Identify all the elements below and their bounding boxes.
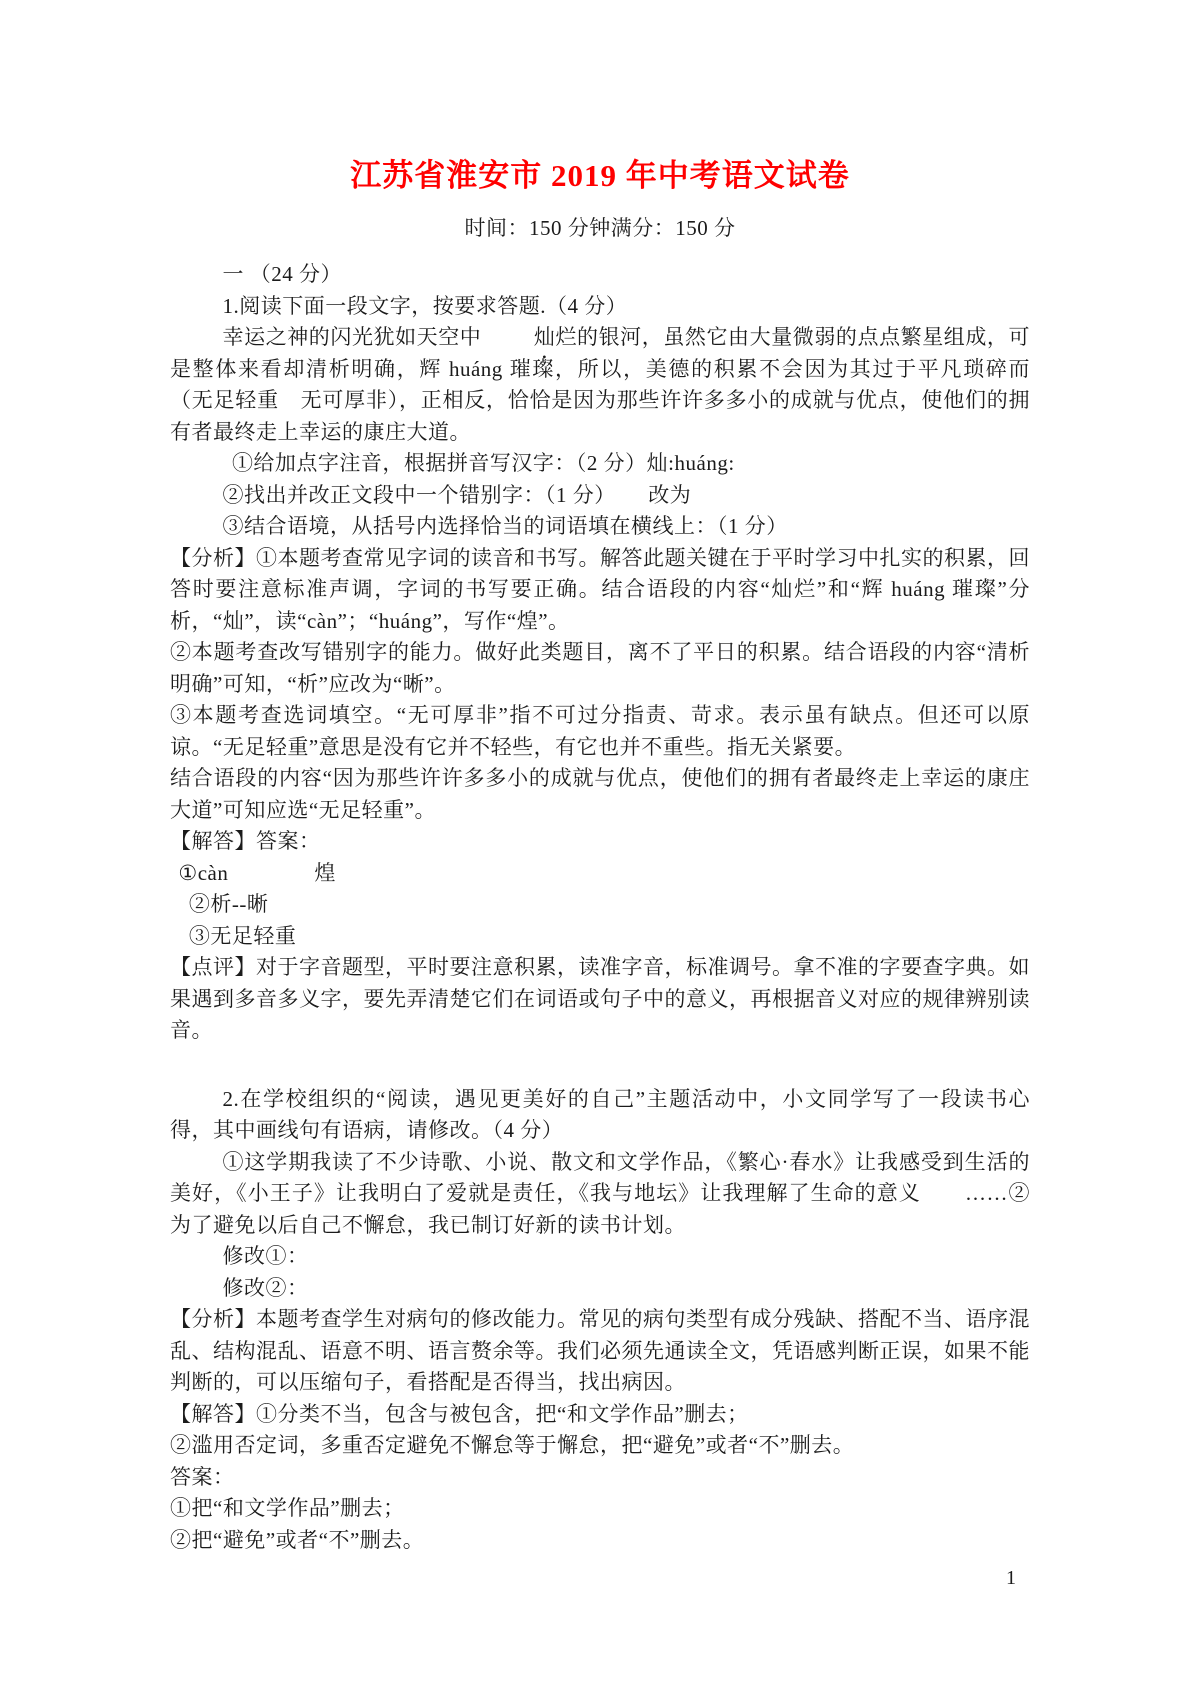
question2-answer-label: 答案： [170,1462,1030,1494]
question2-edit-line-2: 修改②： [170,1273,1030,1305]
question1-passage: 幸运之神的闪光犹如天空中灿烂的银河，虽然它由大量微弱的点点繁星组成，可是整体来看… [170,322,1030,448]
question1-answer-label: 【解答】答案： [170,826,1030,858]
question2-solution-1: 【解答】①分类不当，包含与被包含，把“和文学作品”删去； [170,1399,1030,1431]
question2-answer-2: ②把“避免”或者“不”删去。 [170,1525,1030,1557]
exam-paper-page: 江苏省淮安市 2019 年中考语文试卷 时间：150 分钟满分：150 分 一 … [0,0,1200,1698]
question2-edit-line-1: 修改①： [170,1241,1030,1273]
question1-analysis-3: ③本题考查选词填空。“无可厚非”指不可过分指责、苛求。表示虽有缺点。但还可以原谅… [170,700,1030,763]
question1-answer-3: ③无足轻重 [170,921,1030,953]
question1-analysis-2: ②本题考查改写错别字的能力。做好此类题目，离不了平日的积累。结合语段的内容“清析… [170,637,1030,700]
question1-answer-2: ②析--晰 [170,889,1030,921]
question2-passage: ①这学期我读了不少诗歌、小说、散文和文学作品，《繁心·春水》让我感受到生活的美好… [170,1147,1030,1242]
passage-text-before-emphasis: 幸运之神的闪光犹如天空中 [223,325,482,349]
question1-prompt: 1.阅读下面一段文字，按要求答题.（4 分） [170,291,1030,323]
question1-comment: 【点评】对于字音题型，平时要注意积累，读准字音，标准调号。拿不准的字要查字典。如… [170,952,1030,1047]
page-number: 1 [1006,1567,1016,1590]
question1-answer-1: ①càn 煌 [170,858,1030,890]
question1-analysis-4: 结合语段的内容“因为那些许许多多小的成就与优点，使他们的拥有者最终走上幸运的康庄… [170,763,1030,826]
question2-solution-2: ②滥用否定词，多重否定避免不懈怠等于懈怠，把“避免”或者“不”删去。 [170,1430,1030,1462]
question1-analysis-1: 【分析】①本题考查常见字词的读音和书写。解答此题关键在于平时学习中扎实的积累，回… [170,543,1030,638]
question2-analysis: 【分析】本题考查学生对病句的修改能力。常见的病句类型有成分残缺、搭配不当、语序混… [170,1304,1030,1399]
page-title: 江苏省淮安市 2019 年中考语文试卷 [0,0,1200,195]
question2-prompt: 2.在学校组织的“阅读，遇见更美好的自己”主题活动中，小文同学写了一段读书心得，… [170,1084,1030,1147]
question1-subitem-2: ②找出并改正文段中一个错别字：（1 分） 改为 [170,480,1030,512]
question2-answer-1: ①把“和文学作品”删去； [170,1493,1030,1525]
question1-subitem-1: ①给加点字注音，根据拼音写汉字：（2 分）灿:huáng: [170,448,1030,480]
question1-subitem-3: ③结合语境，从括号内选择恰当的词语填在横线上：（1 分） [170,511,1030,543]
section-one-heading: 一 （24 分） [170,259,1030,291]
document-body: 一 （24 分） 1.阅读下面一段文字，按要求答题.（4 分） 幸运之神的闪光犹… [170,259,1030,1556]
exam-time-score-line: 时间：150 分钟满分：150 分 [0,212,1200,242]
emphasis-dot-char: 灿 [481,322,555,354]
